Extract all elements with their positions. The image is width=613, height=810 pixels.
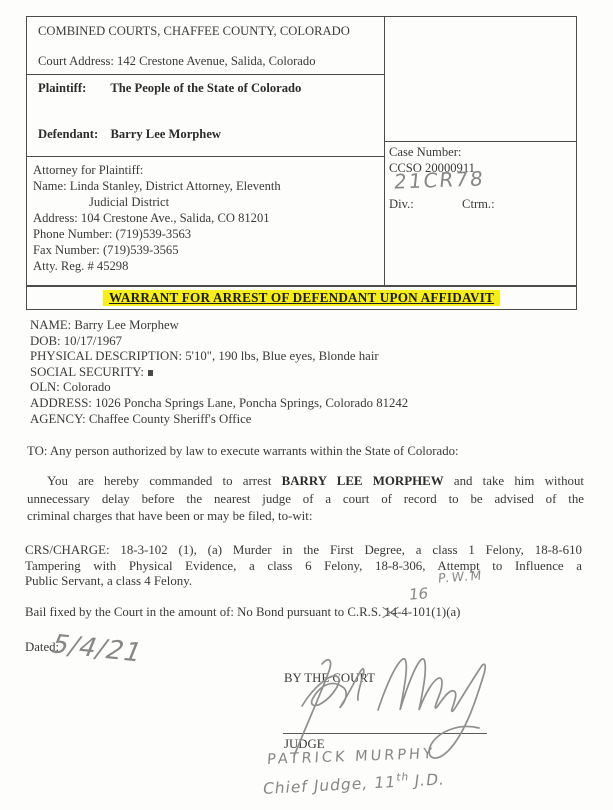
- court-name: COMBINED COURTS, CHAFFEE COUNTY, COLORAD…: [38, 24, 350, 39]
- subject-dob-line: DOB: 10/17/1967: [30, 334, 408, 350]
- command-line-2: unnecessary delay before the nearest jud…: [27, 491, 584, 509]
- court-header-box: COMBINED COURTS, CHAFFEE COUNTY, COLORAD…: [26, 16, 577, 287]
- warrant-document-page: COMBINED COURTS, CHAFFEE COUNTY, COLORAD…: [0, 0, 613, 810]
- handwritten-date: 5/4/21: [46, 630, 147, 668]
- attorney-fax: Fax Number: (719)539-3565: [33, 242, 281, 258]
- warrant-title: WARRANT FOR ARREST OF DEFENDANT UPON AFF…: [103, 290, 500, 306]
- charge-line-3: Public Servant, a class 4 Felony.: [25, 574, 582, 590]
- charge-line-1: CRS/CHARGE: 18-3-102 (1), (a) Murder in …: [25, 543, 582, 559]
- attorney-block: Attorney for Plaintiff: Name: Linda Stan…: [33, 162, 281, 274]
- defendant-name-bold: BARRY LEE MORPHEW: [282, 474, 444, 488]
- charge-line-2: Tampering with Physical Evidence, a clas…: [25, 559, 582, 575]
- plaintiff-label: Plaintiff:: [38, 81, 86, 95]
- subject-agency-line: AGENCY: Chaffee County Sheriff's Office: [30, 412, 408, 428]
- defendant-row: Defendant: Barry Lee Morphew: [38, 127, 221, 142]
- charge-paragraph: CRS/CHARGE: 18-3-102 (1), (a) Murder in …: [25, 543, 582, 590]
- divider-under-defendant: [27, 156, 384, 157]
- divider-above-case-number: [384, 141, 576, 142]
- handwritten-correction-16: 16: [408, 584, 429, 604]
- redaction-mark: [148, 370, 153, 376]
- court-address: Court Address: 142 Crestone Avenue, Sali…: [38, 54, 316, 69]
- command-line-1: You are hereby commanded to arrest BARRY…: [27, 473, 584, 491]
- div-ctrm-row: Div.: Ctrm.:: [389, 197, 495, 212]
- attorney-phone: Phone Number: (719)539-3563: [33, 226, 281, 242]
- div-label: Div.:: [389, 197, 414, 211]
- defendant-value: Barry Lee Morphew: [110, 127, 221, 141]
- subject-ssn-line: SOCIAL SECURITY:: [30, 365, 408, 381]
- defendant-label: Defendant:: [38, 127, 98, 141]
- command-line-3: criminal charges that have been or may b…: [27, 508, 584, 526]
- plaintiff-row: Plaintiff: The People of the State of Co…: [38, 81, 301, 96]
- attorney-name-line1: Name: Linda Stanley, District Attorney, …: [33, 178, 281, 194]
- case-number-label: Case Number:: [389, 145, 461, 160]
- subject-address-line: ADDRESS: 1026 Poncha Springs Lane, Ponch…: [30, 396, 408, 412]
- command-paragraph: You are hereby commanded to arrest BARRY…: [27, 473, 584, 526]
- subject-oln-line: OLN: Colorado: [30, 380, 408, 396]
- handwritten-case-number: 21CR78: [393, 166, 486, 193]
- bail-line: Bail fixed by the Court in the amount of…: [25, 605, 460, 620]
- subject-name-line: NAME: Barry Lee Morphew: [30, 318, 408, 334]
- attorney-address: Address: 104 Crestone Ave., Salida, CO 8…: [33, 210, 281, 226]
- subject-identification-block: NAME: Barry Lee Morphew DOB: 10/17/1967 …: [30, 318, 408, 427]
- struck-statute-number: 14: [384, 605, 397, 620]
- attorney-reg: Atty. Reg. # 45298: [33, 258, 281, 274]
- column-divider: [384, 17, 385, 286]
- divider-under-court-address: [27, 74, 384, 75]
- subject-physical-line: PHYSICAL DESCRIPTION: 5'10", 190 lbs, Bl…: [30, 349, 408, 365]
- attorney-name-line2: Judicial District: [33, 194, 281, 210]
- ctrm-label: Ctrm.:: [462, 197, 495, 211]
- plaintiff-value: The People of the State of Colorado: [110, 81, 301, 95]
- attorney-heading: Attorney for Plaintiff:: [33, 162, 281, 178]
- title-bar: WARRANT FOR ARREST OF DEFENDANT UPON AFF…: [26, 285, 577, 310]
- to-line: TO: Any person authorized by law to exec…: [27, 444, 459, 459]
- handwritten-judge-title: Chief Judge, 11th J.D.: [262, 769, 446, 798]
